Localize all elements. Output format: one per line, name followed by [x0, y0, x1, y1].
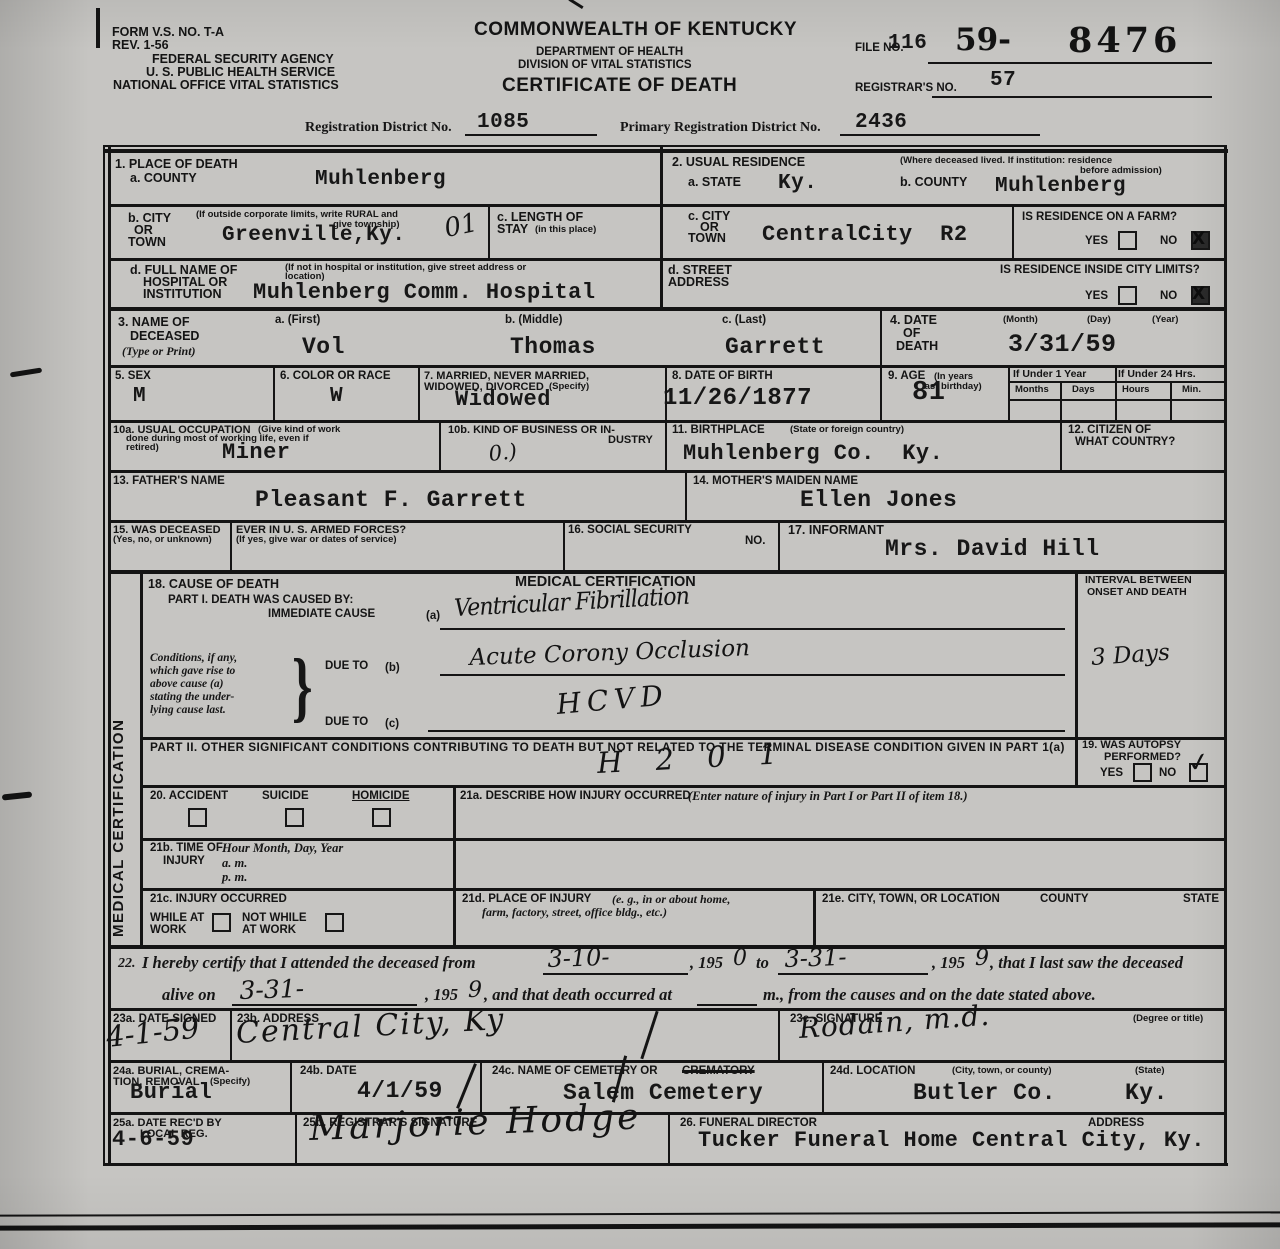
cause-b-handwritten: Acute Corony Occlusion — [469, 635, 750, 671]
grid-line — [105, 1163, 1228, 1166]
certify-text: , and that death occurred at — [484, 985, 672, 1005]
street-address-label: ADDRESS — [668, 276, 729, 290]
scan-top-mark — [568, 0, 583, 9]
grid-line — [108, 258, 1225, 261]
registration-district-label: Registration District No. — [305, 120, 452, 136]
file-no-handwritten-a: 59- — [955, 22, 1011, 58]
conditions-note: lying cause last. — [150, 704, 226, 716]
pen-stroke — [640, 1011, 658, 1059]
autopsy-label: PERFORMED? — [1104, 751, 1181, 763]
grid-line — [1115, 365, 1117, 420]
grid-line — [665, 420, 667, 470]
mother-name-label: 14. MOTHER'S MAIDEN NAME — [693, 475, 858, 488]
name-of-deceased-label: (Type or Print) — [122, 344, 196, 359]
interval-label: ONSET AND DEATH — [1087, 587, 1187, 599]
place-city-value: Greenville,Ky. — [222, 224, 405, 247]
margin-pen-mark — [2, 791, 32, 800]
death-month-label: (Month) — [1003, 315, 1038, 325]
grid-line — [140, 888, 1225, 891]
immediate-cause-label: IMMEDIATE CAUSE — [268, 608, 375, 621]
cemetery-label: 24c. NAME OF CEMETERY OR — [492, 1065, 658, 1078]
registrar-signature: Marjorie Hodge — [309, 1096, 643, 1149]
death-year-label: (Year) — [1152, 315, 1178, 325]
grid-line — [108, 945, 1225, 949]
how-injury-note: (Enter nature of injury in Part I or Par… — [688, 789, 968, 804]
time-of-injury-label: 21b. TIME OF — [150, 842, 223, 855]
autopsy-label: 19. WAS AUTOPSY — [1082, 739, 1181, 751]
certify-year-digit: 9 — [975, 946, 989, 971]
grid-line — [822, 1060, 824, 1112]
certificate-title: CERTIFICATE OF DEATH — [502, 76, 737, 97]
primary-district-line — [840, 134, 1040, 136]
grid-line — [295, 1112, 297, 1163]
burial-specify-note: (Specify) — [210, 1077, 250, 1087]
time-columns-label: Hour Month, Day, Year — [222, 841, 343, 856]
farm-no-label: NO — [1160, 235, 1177, 248]
grid-line — [439, 420, 441, 470]
page-bottom-rule — [0, 1222, 1280, 1230]
not-while-at-work-label: AT WORK — [242, 924, 296, 937]
conditions-note: above cause (a) — [150, 678, 223, 690]
grid-line — [1060, 381, 1062, 420]
grid-line — [1008, 365, 1010, 420]
grid-line — [453, 785, 456, 945]
date-of-birth-label: 8. DATE OF BIRTH — [672, 370, 773, 383]
business-handwritten: 0.) — [487, 439, 518, 466]
certify-line — [697, 1004, 757, 1006]
name-of-deceased-label: 3. NAME OF — [118, 316, 190, 330]
cause-b-line — [440, 674, 1065, 676]
institution-value: Muhlenberg Comm. Hospital — [253, 280, 596, 305]
informant-value: Mrs. David Hill — [885, 536, 1100, 562]
injury-county-label: COUNTY — [1040, 893, 1089, 906]
certify-line — [778, 973, 928, 975]
mother-name-value: Ellen Jones — [800, 487, 957, 513]
file-no-printed: 116 — [888, 32, 927, 55]
grid-line — [108, 307, 1225, 311]
autopsy-yes-label: YES — [1100, 767, 1123, 780]
accident-label: 20. ACCIDENT — [150, 790, 228, 803]
injury-location-label: 21e. CITY, TOWN, OR LOCATION — [822, 893, 1000, 906]
while-at-work-label: WORK — [150, 924, 186, 937]
father-name-label: 13. FATHER'S NAME — [113, 475, 225, 488]
residence-state-label: a. STATE — [688, 176, 741, 190]
cause-a-line — [440, 628, 1065, 630]
hours-label: Hours — [1122, 385, 1149, 395]
grid-line — [880, 307, 882, 420]
limits-no-label: NO — [1160, 290, 1177, 303]
burial-type-value: Burial — [130, 1080, 212, 1105]
informant-label: 17. INFORMANT — [788, 524, 884, 538]
race-label: 6. COLOR OR RACE — [280, 370, 391, 383]
burial-location-state-note: (State) — [1135, 1066, 1165, 1076]
certify-text: I hereby certify that I attended the dec… — [142, 953, 476, 973]
burial-date-value: 4/1/59 — [357, 1078, 443, 1104]
sex-value: M — [133, 385, 146, 408]
autopsy-no-label: NO — [1159, 767, 1176, 780]
certify-year-digit: 0 — [733, 946, 747, 971]
place-city-handwritten-code: 01 — [442, 208, 481, 244]
accident-checkbox — [188, 808, 207, 827]
grid-line — [230, 1008, 232, 1060]
cause-a-handwritten: Ventricular Fibrillation — [454, 582, 690, 622]
certify-year-printed: , 195 — [690, 953, 723, 973]
grid-line — [108, 204, 1225, 207]
certify-number: 22. — [118, 956, 136, 972]
suicide-label: SUICIDE — [262, 790, 309, 803]
scan-edge-mark — [96, 8, 100, 48]
grid-line — [108, 1060, 1225, 1063]
physician-signature: Rodain, m.d. — [798, 999, 991, 1045]
citizen-label: 12. CITIZEN OF — [1068, 424, 1151, 437]
grid-line — [108, 570, 1225, 574]
farm-yes-label: YES — [1085, 235, 1108, 248]
division-line: DIVISION OF VITAL STATISTICS — [518, 59, 692, 72]
middle-name-value: Thomas — [510, 334, 596, 360]
certify-from-date: 3-10- — [547, 943, 610, 973]
injury-occurred-label: 21c. INJURY OCCURRED — [150, 893, 287, 906]
burial-location-label: 24d. LOCATION — [830, 1065, 915, 1078]
primary-district-label: Primary Registration District No. — [620, 120, 821, 136]
injury-state-label: STATE — [1183, 893, 1219, 906]
due-to-b-label: DUE TO — [325, 660, 368, 673]
ssn-label: NO. — [745, 535, 765, 548]
grid-line — [660, 145, 663, 307]
armed-forces-note: (If yes, give war or dates of service) — [236, 535, 397, 545]
last-name-label: c. (Last) — [722, 314, 766, 327]
time-of-injury-label: INJURY — [163, 855, 205, 868]
how-injury-label: 21a. DESCRIBE HOW INJURY OCCURRED — [460, 790, 691, 803]
marital-specify-note: (Specify) — [549, 382, 589, 392]
funeral-director-value: Tucker Funeral Home Central City, Ky. — [698, 1128, 1205, 1153]
age-value: 81 — [912, 378, 945, 408]
race-value: W — [330, 385, 343, 408]
first-name-value: Vol — [302, 334, 345, 360]
not-while-at-work-label: NOT WHILE — [242, 912, 307, 925]
autopsy-no-mark: ✓ — [1186, 746, 1213, 779]
department-line: DEPARTMENT OF HEALTH — [536, 46, 683, 59]
grid-line — [778, 520, 780, 570]
months-label: Months — [1015, 385, 1049, 395]
burial-date-label: 24b. DATE — [300, 1065, 357, 1078]
cause-c-line — [428, 730, 1065, 732]
residence-county-value: Muhlenberg — [995, 175, 1126, 198]
place-city-label: TOWN — [128, 236, 166, 250]
grid-line — [103, 145, 105, 1166]
autopsy-yes-checkbox — [1133, 763, 1152, 782]
city-limits-question: IS RESIDENCE INSIDE CITY LIMITS? — [1000, 264, 1200, 277]
registrar-no-value: 57 — [990, 69, 1016, 92]
cemetery-crematory-struck: CREMATORY — [682, 1065, 755, 1078]
interval-b-handwritten: 3 Days — [1090, 640, 1171, 671]
certify-year-printed: , 195 — [932, 953, 965, 973]
certify-line — [543, 973, 688, 975]
date-of-birth-value: 11/26/1877 — [663, 385, 812, 412]
farm-no-mark: X — [1192, 229, 1205, 249]
medical-certification-side-label: MEDICAL CERTIFICATION — [110, 592, 127, 937]
birthplace-value: Muhlenberg Co. Ky. — [683, 441, 943, 466]
limits-yes-checkbox — [1118, 286, 1137, 305]
grid-line — [418, 365, 420, 420]
agency-line-3: NATIONAL OFFICE VITAL STATISTICS — [113, 79, 339, 93]
grid-line — [1170, 381, 1172, 420]
first-name-label: a. (First) — [275, 314, 320, 327]
burial-location-state-value: Ky. — [1125, 1080, 1168, 1106]
farm-yes-checkbox — [1118, 231, 1137, 250]
margin-pen-mark — [10, 368, 42, 378]
grid-line — [778, 1008, 780, 1060]
grid-line — [108, 1112, 1225, 1115]
registrar-no-label: REGISTRAR'S NO. — [855, 82, 957, 95]
while-at-work-checkbox — [212, 913, 231, 932]
form-revision: REV. 1-56 — [112, 39, 169, 53]
pm-label: p. m. — [222, 870, 247, 885]
grid-line — [563, 520, 565, 570]
conditions-note: Conditions, if any, — [150, 652, 237, 664]
limits-yes-label: YES — [1085, 290, 1108, 303]
grid-line — [140, 570, 143, 945]
certify-year-digit: 9 — [468, 978, 482, 1003]
grid-line — [1075, 570, 1078, 785]
length-of-stay-note: (in this place) — [535, 225, 596, 235]
grid-line — [108, 520, 1225, 523]
grid-line — [668, 1112, 670, 1163]
grid-line — [108, 1008, 1225, 1011]
registration-district-value: 1085 — [477, 111, 529, 134]
part1-label: PART I. DEATH WAS CAUSED BY: — [168, 594, 353, 607]
ssn-label: 16. SOCIAL SECURITY — [568, 524, 692, 537]
grid-line — [273, 365, 275, 420]
page-bottom-rule — [0, 1211, 1280, 1216]
occupation-value: Miner — [222, 440, 291, 465]
citizen-label: WHAT COUNTRY? — [1075, 436, 1175, 449]
due-to-c: (c) — [385, 718, 399, 731]
degree-or-title-note: (Degree or title) — [1133, 1014, 1203, 1024]
length-of-stay-label: STAY — [497, 223, 528, 237]
certify-text: to — [756, 953, 769, 973]
am-label: a. m. — [222, 856, 247, 871]
occupation-note: retired) — [126, 443, 159, 453]
file-no-handwritten-b: 8476 — [1068, 20, 1181, 61]
due-to-c-label: DUE TO — [325, 716, 368, 729]
certify-alive-date: 3-31- — [239, 974, 305, 1005]
usual-residence-title: 2. USUAL RESIDENCE — [672, 156, 805, 170]
residence-city-label: TOWN — [688, 232, 726, 246]
residence-county-label: b. COUNTY — [900, 176, 967, 190]
burial-location-note: (City, town, or county) — [952, 1066, 1052, 1076]
grid-line — [685, 470, 687, 520]
grid-line — [1060, 420, 1062, 470]
father-name-value: Pleasant F. Garrett — [255, 487, 527, 513]
grid-line — [290, 1060, 292, 1112]
death-day-label: (Day) — [1087, 315, 1111, 325]
conditions-brace: } — [292, 641, 313, 731]
commonwealth-title: COMMONWEALTH OF KENTUCKY — [474, 20, 797, 41]
grid-line — [105, 145, 1227, 147]
date-of-death-label: DEATH — [896, 340, 938, 354]
birthplace-note: (State or foreign country) — [790, 425, 904, 435]
grid-line — [1012, 204, 1014, 258]
name-of-deceased-label: DECEASED — [130, 330, 199, 344]
sex-label: 5. SEX — [115, 370, 151, 383]
grid-line — [813, 888, 816, 945]
farm-question: IS RESIDENCE ON A FARM? — [1022, 211, 1177, 224]
cause-c-handwritten: HCVD — [555, 678, 670, 721]
registrar-no-line — [932, 96, 1212, 98]
conditions-note: which gave rise to — [150, 665, 235, 677]
place-county-label: a. COUNTY — [130, 172, 197, 186]
min-label: Min. — [1182, 385, 1201, 395]
homicide-checkbox — [372, 808, 391, 827]
place-of-injury-note: farm, factory, street, office bldg., etc… — [482, 905, 667, 920]
was-deceased-note: (Yes, no, or unknown) — [113, 535, 212, 545]
place-county-value: Muhlenberg — [315, 168, 446, 191]
cause-of-death-label: 18. CAUSE OF DEATH — [148, 578, 279, 592]
marital-status-value: Widowed — [455, 387, 551, 412]
under-one-year-label: If Under 1 Year — [1013, 369, 1086, 381]
date-received-value: 4-6-59 — [112, 1127, 194, 1152]
days-label: Days — [1072, 385, 1095, 395]
grid-line — [230, 520, 232, 570]
date-of-death-value: 3/31/59 — [1008, 330, 1117, 359]
business-label: 10b. KIND OF BUSINESS OR IN- — [448, 424, 615, 436]
certify-line — [232, 1004, 417, 1006]
primary-district-value: 2436 — [855, 111, 907, 134]
residence-state-value: Ky. — [778, 172, 817, 195]
certify-year-printed: , 195 — [425, 985, 458, 1005]
business-label: DUSTRY — [608, 434, 653, 446]
due-to-b: (b) — [385, 662, 400, 675]
institution-label: INSTITUTION — [143, 288, 221, 302]
grid-line — [140, 785, 1225, 788]
not-while-at-work-checkbox — [325, 913, 344, 932]
certify-text: alive on — [162, 985, 216, 1005]
conditions-note: stating the under- — [150, 691, 234, 703]
grid-line — [1224, 145, 1227, 1166]
file-no-line — [928, 62, 1212, 64]
interval-label: INTERVAL BETWEEN — [1085, 575, 1192, 587]
under-24-hrs-label: If Under 24 Hrs. — [1118, 369, 1196, 381]
grid-line — [1008, 399, 1225, 401]
certify-to-date: 3-31- — [784, 943, 847, 973]
place-of-death-title: 1. PLACE OF DEATH — [115, 158, 238, 172]
suicide-checkbox — [285, 808, 304, 827]
while-at-work-label: WHILE AT — [150, 912, 204, 925]
homicide-label: HOMICIDE — [352, 790, 410, 803]
grid-line — [1008, 381, 1225, 383]
registration-district-line — [465, 134, 597, 136]
grid-line — [105, 149, 1228, 153]
middle-name-label: b. (Middle) — [505, 314, 563, 327]
burial-location-value: Butler Co. — [913, 1080, 1056, 1106]
limits-no-mark: X — [1192, 284, 1205, 304]
last-name-value: Garrett — [725, 334, 825, 360]
place-of-injury-label: 21d. PLACE OF INJURY — [462, 893, 591, 906]
death-certificate-scan: FORM V.S. NO. T-A REV. 1-56 FEDERAL SECU… — [0, 0, 1280, 1249]
grid-line — [488, 204, 490, 258]
grid-line — [108, 470, 1225, 473]
residence-city-value: CentralCity R2 — [762, 222, 968, 247]
birthplace-label: 11. BIRTHPLACE — [672, 424, 765, 437]
certify-text: , that I last saw the deceased — [990, 953, 1183, 973]
immediate-cause-a: (a) — [426, 610, 440, 623]
